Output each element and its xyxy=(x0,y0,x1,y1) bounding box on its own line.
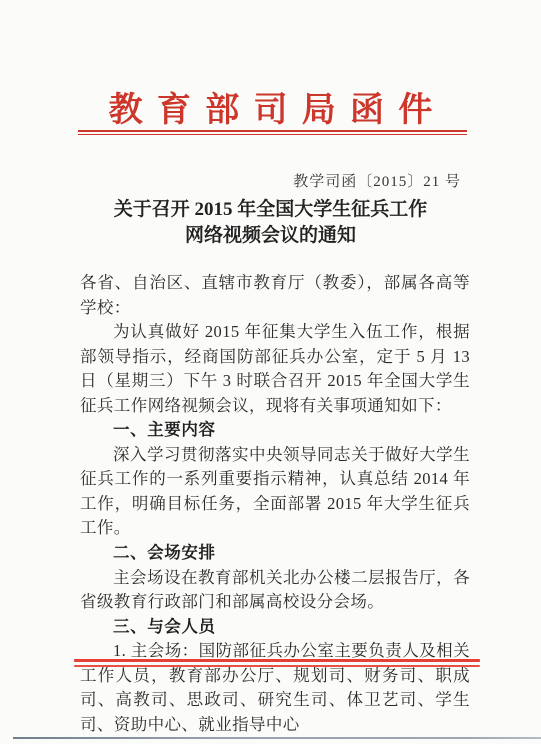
scanned-document-page: 教育部司局函件 教学司函〔2015〕21 号 关于召开 2015 年全国大学生征… xyxy=(0,0,541,744)
page-number: 1 xyxy=(0,692,541,707)
section-body-3: 1. 主会场：国防部征兵办公室主要负责人及相关工作人员，教育部办公厅、规划司、财… xyxy=(80,639,470,737)
section-heading-3: 三、与会人员 xyxy=(80,615,470,640)
notice-title-line1: 关于召开 2015 年全国大学生征兵工作 xyxy=(0,197,541,223)
notice-title: 关于召开 2015 年全国大学生征兵工作 网络视频会议的通知 xyxy=(0,197,541,249)
intro-paragraph: 为认真做好 2015 年征集大学生入伍工作，根据部领导指示，经商国防部征兵办公室… xyxy=(80,320,470,418)
document-body: 各省、自治区、直辖市教育厅（教委），部属各高等学校： 为认真做好 2015 年征… xyxy=(80,271,470,737)
letterhead-double-rule xyxy=(78,130,467,135)
letterhead-title: 教育部司局函件 xyxy=(0,82,541,131)
section-body-2: 主会场设在教育部机关北办公楼二层报告厅，各省级教育行政部门和部属高校设分会场。 xyxy=(80,566,470,615)
section-body-1: 深入学习贯彻落实中央领导同志关于做好大学生征兵工作的一系列重要指示精神，认真总结… xyxy=(80,443,470,541)
document-number: 教学司函〔2015〕21 号 xyxy=(293,170,461,191)
notice-title-line2: 网络视频会议的通知 xyxy=(0,223,541,249)
scan-bottom-edge-shadow xyxy=(13,737,541,739)
section-heading-2: 二、会场安排 xyxy=(80,541,470,566)
salutation-line: 各省、自治区、直辖市教育厅（教委），部属各高等学校： xyxy=(80,271,470,320)
section-heading-1: 一、主要内容 xyxy=(80,418,470,443)
